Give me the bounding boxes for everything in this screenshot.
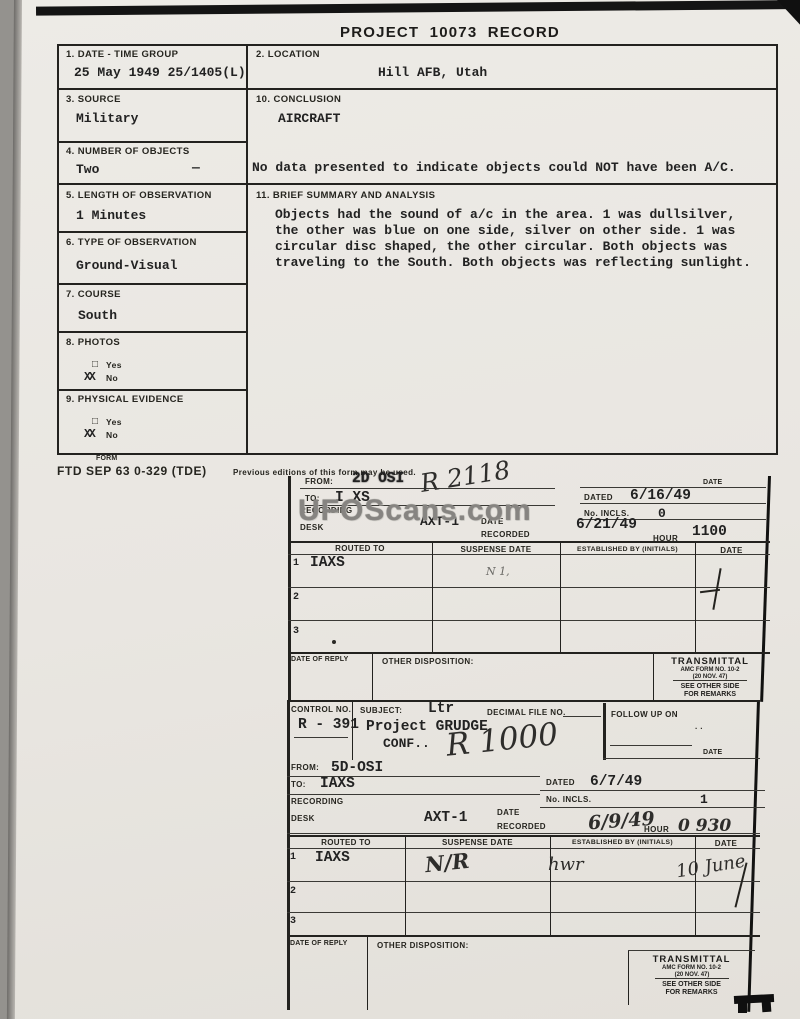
ink-dot xyxy=(332,640,336,644)
row-number: 3 xyxy=(290,916,296,927)
slip-table-border xyxy=(287,912,760,913)
slip-incls-value: 1 xyxy=(700,792,708,807)
slip-dated-value: 6/7/49 xyxy=(590,774,642,790)
slip-table-border xyxy=(288,620,770,621)
col-suspense-date: SUSPENSE DATE xyxy=(405,838,550,847)
slip-to-label: TO: xyxy=(291,780,306,789)
slip-date-col-label: DATE xyxy=(703,479,722,486)
transmittal-form-number: AMC FORM NO. 10-2 xyxy=(628,965,755,971)
col-routed-to: ROUTED TO xyxy=(287,838,405,847)
row-number: 2 xyxy=(290,886,296,897)
rule xyxy=(603,758,760,759)
date-col-label: DATE xyxy=(703,749,722,756)
subject-value: Ltr xyxy=(428,701,454,717)
slip-table-border xyxy=(550,835,551,935)
transmittal-form-date: (20 NOV. 47) xyxy=(655,972,729,979)
card-border xyxy=(57,231,246,233)
slip-to-value: IAXS xyxy=(320,776,355,792)
photos-no-label: No xyxy=(106,373,118,383)
field-summary-label: 11. BRIEF SUMMARY AND ANALYSIS xyxy=(256,190,435,201)
date-of-reply-label: DATE OF REPLY xyxy=(290,940,347,947)
scan-mark-bottom xyxy=(738,1002,747,1013)
field-date-time-group-value: 25 May 1949 25/1405(L) xyxy=(74,65,246,80)
field-conclusion-label: 10. CONCLUSION xyxy=(256,94,341,105)
field-physical-evidence-label: 9. PHYSICAL EVIDENCE xyxy=(66,394,184,405)
field-number-of-objects-value: Two xyxy=(76,162,99,177)
slip-recording-label: RECORDING xyxy=(291,797,344,806)
field-length-of-observation-label: 5. LENGTH OF OBSERVATION xyxy=(66,190,212,201)
slip-table-border xyxy=(367,935,368,1010)
slip-date-recorded-value: 6/21/49 xyxy=(576,517,637,533)
subject-line3: CONF.. xyxy=(383,736,430,751)
card-border xyxy=(57,389,246,391)
typed-dash-mark: — xyxy=(192,160,200,175)
row-number: 1 xyxy=(293,558,299,569)
form-word: FORM xyxy=(96,455,117,462)
control-no-value: R - 391 xyxy=(298,717,359,733)
rule xyxy=(294,737,348,738)
ufoscans-watermark: UFOScans.com xyxy=(298,494,532,528)
slip-divider xyxy=(352,700,353,760)
card-border xyxy=(57,283,246,285)
field-source-value: Military xyxy=(76,111,138,126)
card-border xyxy=(57,141,246,143)
slip-border xyxy=(288,476,291,700)
ink-dots: . . xyxy=(695,722,703,731)
field-type-of-observation-label: 6. TYPE OF OBSERVATION xyxy=(66,237,197,248)
field-source-label: 3. SOURCE xyxy=(66,94,121,105)
slip-from-label: FROM: xyxy=(305,477,333,486)
summary-line: Objects had the sound of a/c in the area… xyxy=(275,207,735,222)
physical-evidence-no-label: No xyxy=(106,430,118,440)
field-date-time-group-label: 1. DATE - TIME GROUP xyxy=(66,49,178,60)
card-border xyxy=(57,44,777,46)
summary-line: the other was blue on one side, silver o… xyxy=(275,223,735,238)
col-established-by: ESTABLISHED BY (INITIALS) xyxy=(550,839,695,846)
control-no-label: CONTROL NO. xyxy=(291,705,351,714)
slip-date-recorded-label: DATE xyxy=(497,808,520,817)
rule xyxy=(610,745,692,746)
date-of-reply-label: DATE OF REPLY xyxy=(291,656,348,663)
col-date: DATE xyxy=(695,546,768,555)
transmittal-form-number: AMC FORM NO. 10-2 xyxy=(653,667,767,673)
other-disposition-label: OTHER DISPOSITION: xyxy=(382,657,474,666)
routed-to-entry: IAXS xyxy=(315,850,350,866)
rule xyxy=(287,833,760,834)
card-border xyxy=(57,183,777,185)
slip-table-border xyxy=(287,935,760,937)
field-course-value: South xyxy=(78,308,117,323)
card-border xyxy=(246,44,248,455)
slip-date-recorded-label2: RECORDED xyxy=(497,822,546,831)
card-border xyxy=(57,88,777,90)
slip-table-border xyxy=(560,541,561,652)
slip-table-border xyxy=(287,835,760,837)
slip-table-border xyxy=(372,652,373,700)
slip-table-border xyxy=(288,587,770,588)
slip-table-border xyxy=(288,652,770,654)
slip-dated-value: 6/16/49 xyxy=(630,488,691,504)
transmittal-border xyxy=(628,950,755,951)
slip-date-recorded-label2: RECORDED xyxy=(481,530,530,539)
slip-border xyxy=(287,700,760,702)
transmittal-see-other-side: SEE OTHER SIDE xyxy=(628,981,755,988)
field-course-label: 7. COURSE xyxy=(66,289,121,300)
slip-hour-value: 1100 xyxy=(692,524,727,540)
slip-from-value: 2D OSI xyxy=(352,471,404,487)
card-border xyxy=(57,44,59,455)
transmittal-title: TRANSMITTAL xyxy=(628,954,755,965)
field-type-of-observation-value: Ground-Visual xyxy=(76,258,177,273)
slip-from-value: 5D-OSI xyxy=(331,760,383,776)
rule xyxy=(287,794,540,795)
slip-table-border xyxy=(432,541,433,652)
col-date: DATE xyxy=(695,839,757,848)
rule xyxy=(580,503,766,504)
handwritten-initials: hwr xyxy=(548,854,584,875)
card-border xyxy=(57,331,246,333)
field-conclusion-value: AIRCRAFT xyxy=(278,111,340,126)
slip-table-border xyxy=(287,881,760,882)
slip-table-border xyxy=(288,541,770,543)
scanned-document-page: { "watermark": { "text": "UFOScans.com",… xyxy=(0,0,800,1019)
field-length-of-observation-value: 1 Minutes xyxy=(76,208,146,223)
rule xyxy=(540,790,765,791)
transmittal-for-remarks: FOR REMARKS xyxy=(653,691,767,698)
row-number: 1 xyxy=(290,852,296,863)
card-border xyxy=(57,453,777,455)
transmittal-see-other-side: SEE OTHER SIDE xyxy=(653,683,767,690)
physical-evidence-yes-label: Yes xyxy=(106,417,122,427)
photos-yes-checkbox: □ xyxy=(92,359,98,370)
subject-label: SUBJECT: xyxy=(360,706,402,715)
transmittal-form-date: (20 NOV. 47) xyxy=(673,674,747,681)
other-disposition-label: OTHER DISPOSITION: xyxy=(377,941,469,950)
slip-incls-label: No. INCLS. xyxy=(546,795,591,804)
physical-evidence-yes-checkbox: □ xyxy=(92,416,98,427)
slip-dated-label: DATED xyxy=(546,778,575,787)
slip-table-border xyxy=(695,835,696,935)
slip-from-label: FROM: xyxy=(291,763,319,772)
summary-line: circular disc shaped, the other circular… xyxy=(275,239,727,254)
col-established-by: ESTABLISHED BY (INITIALS) xyxy=(560,546,695,553)
follow-up-on-label: FOLLOW UP ON xyxy=(611,710,678,719)
record-card-title: PROJECT 10073 RECORD xyxy=(250,24,650,41)
row-number: 3 xyxy=(293,626,299,637)
handwritten-suspense: N/R xyxy=(424,848,471,877)
field-number-of-objects-label: 4. NUMBER OF OBJECTS xyxy=(66,146,190,157)
slip-table-border xyxy=(695,541,696,652)
routed-to-entry: IAXS xyxy=(310,555,345,571)
photos-no-checkmark: XX xyxy=(84,371,94,384)
field-location-value: Hill AFB, Utah xyxy=(378,65,487,80)
row-number: 2 xyxy=(293,592,299,603)
field-location-label: 2. LOCATION xyxy=(256,49,320,60)
conclusion-note: No data presented to indicate objects co… xyxy=(252,160,736,175)
rule xyxy=(563,716,601,717)
form-number: FTD SEP 63 0-329 (TDE) xyxy=(57,464,207,478)
slip-table-border xyxy=(287,848,760,849)
col-suspense-date: SUSPENSE DATE xyxy=(432,545,560,554)
field-photos-label: 8. PHOTOS xyxy=(66,337,120,348)
photos-yes-label: Yes xyxy=(106,360,122,370)
col-routed-to: ROUTED TO xyxy=(288,544,432,553)
physical-evidence-no-checkmark: XX xyxy=(84,428,94,441)
card-border xyxy=(776,44,778,455)
slip-divider-heavy xyxy=(603,703,606,760)
slip-desk-value: AXT-1 xyxy=(424,810,468,826)
transmittal-title: TRANSMITTAL xyxy=(653,656,767,667)
handwritten-mark: N 1, xyxy=(486,565,510,578)
slip-dated-label: DATED xyxy=(584,493,613,502)
slip-table-border xyxy=(405,835,406,935)
summary-line: traveling to the South. Both objects was… xyxy=(275,255,751,270)
slip-desk-label: DESK xyxy=(291,814,315,823)
scan-mark-bottom xyxy=(762,1001,772,1013)
